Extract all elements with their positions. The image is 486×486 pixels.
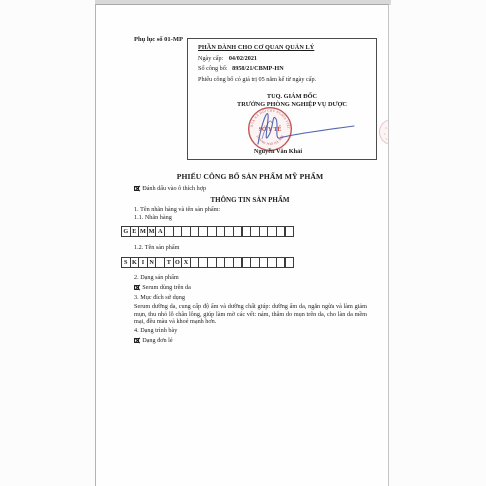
blue-ink-signature-icon [236, 99, 371, 151]
item4-label: 4. Dạng trình bày [134, 327, 177, 334]
item1-label: 1. Tên nhãn hàng và tên sản phẩm: [134, 206, 220, 213]
signer-name: Nguyễn Văn Khải [208, 148, 348, 155]
item1-1-label: 1.1. Nhãn hàng [134, 214, 172, 221]
checked-checkbox-icon [134, 285, 139, 290]
brand-name-letter-grid: GEMMA [121, 226, 293, 237]
form-title: PHIẾU CÔNG BỐ SẢN PHẨM MỸ PHẨM [134, 172, 366, 181]
declaration-number-value: 8958/21/CBMP-HN [232, 65, 284, 72]
product-form-value: Serum dùng trên da [142, 284, 191, 291]
intended-use-paragraph: Serum dưỡng da, cung cấp độ ẩm và dưỡng … [134, 303, 367, 326]
issue-date-value: 04/02/2021 [229, 55, 257, 62]
item2-label: 2. Dạng sản phẩm [134, 274, 179, 281]
declaration-number-line: Số công bố: 8958/21/CBMP-HN [198, 65, 372, 72]
presentation-value: Dạng đơn lẻ [142, 337, 172, 344]
checked-checkbox-icon [134, 338, 139, 343]
issue-date-label: Ngày cấp: [198, 55, 223, 62]
product-info-section-header: THÔNG TIN SẢN PHẨM [134, 196, 366, 204]
tick-instruction-row: Đánh dấu vào ô thích hợp [134, 185, 206, 192]
product-form-checkbox-row: Serum dùng trên da [134, 284, 191, 291]
authority-use-box: PHẦN DÀNH CHO CƠ QUAN QUẢN LÝ Ngày cấp: … [187, 38, 377, 160]
empty-letter-cell [285, 257, 295, 268]
declaration-number-label: Số công bố: [198, 65, 228, 72]
checked-checkbox-icon [134, 186, 139, 191]
empty-letter-cell [285, 226, 295, 237]
partial-edge-stamp-icon [372, 112, 389, 152]
tick-instruction-label: Đánh dấu vào ô thích hợp [142, 185, 206, 192]
item1-2-label: 1.2. Tên sản phẩm [134, 244, 179, 251]
product-name-letter-grid: SKINTOX [121, 257, 293, 268]
presentation-checkbox-row: Dạng đơn lẻ [134, 337, 173, 344]
product-photo-of-document: Phụ lục số 01-MP PHẦN DÀNH CHO CƠ QUAN Q… [0, 0, 486, 486]
validity-note: Phiếu công bố có giá trị 05 năm kể từ ng… [198, 76, 372, 83]
declaration-form-page: Phụ lục số 01-MP PHẦN DÀNH CHO CƠ QUAN Q… [95, 4, 389, 486]
appendix-label: Phụ lục số 01-MP [134, 36, 183, 43]
authority-box-header: PHẦN DÀNH CHO CƠ QUAN QUẢN LÝ [198, 44, 372, 51]
issue-date-line: Ngày cấp: 04/02/2021 [198, 55, 372, 62]
item3-label: 3. Mục đích sử dụng [134, 294, 185, 301]
